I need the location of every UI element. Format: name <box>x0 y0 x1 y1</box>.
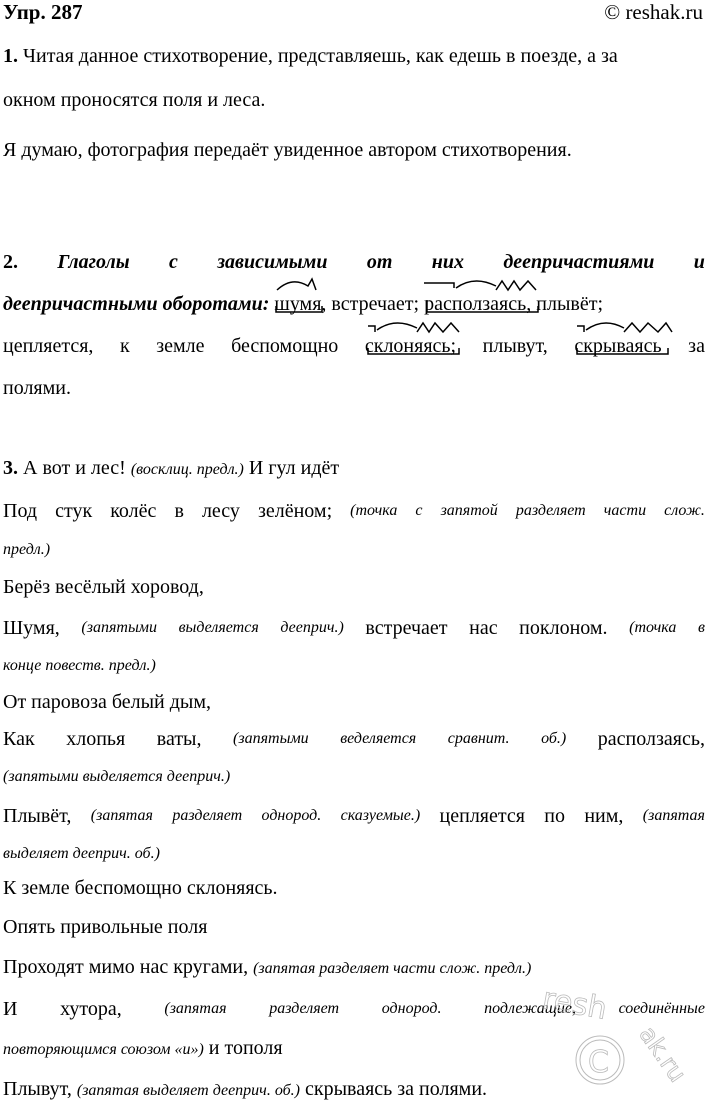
poem-text: цепляется <box>440 804 525 828</box>
punctuation-note: однород. <box>382 997 442 1021</box>
poem-line: выделяет дееприч. об.) <box>3 840 160 866</box>
punctuation-note: (восклиц. предл.) <box>131 461 244 478</box>
poem-line: Шумя,(запятымивыделяетсядееприч.)встреча… <box>3 616 705 640</box>
poem-line: Опять привольные поля <box>3 915 207 939</box>
poem-line: Ихутора,(запятаяразделяетоднород.подлежа… <box>3 997 705 1021</box>
poem-text: скрываясь за полями. <box>305 1078 487 1100</box>
poem-line: К земле беспомощно склоняясь. <box>3 876 278 900</box>
text-fragment: за <box>688 334 705 358</box>
poem-line: Какхлопьяваты,(запятымиведеляетсясравнит… <box>3 727 705 751</box>
poem-text: Проходят мимо нас кругами, <box>3 956 248 978</box>
section2-heading-line: 2. Глаголы с зависимыми от них деепричас… <box>3 250 705 274</box>
heading-word: деепричастиями <box>503 250 654 274</box>
section2-heading-cont: деепричастными оборотами: <box>3 293 269 315</box>
poem-text: Берёз весёлый хоровод, <box>3 576 204 598</box>
poem-line: (запятыми выделяется дееприч.) <box>3 763 230 789</box>
punctuation-note: (запятыми <box>81 616 157 640</box>
poem-line: 3. А вот и лес! (восклиц. предл.) И гул … <box>3 456 339 482</box>
punctuation-note: конце повеств. предл.) <box>3 657 156 674</box>
heading-word: зависимыми <box>217 250 327 274</box>
section1-line1: 1. Читая данное стихотворение, представл… <box>3 44 618 68</box>
punctuation-note: (запятыми <box>233 727 309 751</box>
punctuation-note: в <box>698 616 705 640</box>
poem-text: От паровоза белый дым, <box>3 691 211 713</box>
poem-text: Шумя, <box>3 616 60 640</box>
section2-line3: цепляется, к земле беспомощно склоняясь … <box>3 334 705 358</box>
poem-text: нас <box>469 616 497 640</box>
punctuation-note: (точка <box>350 499 397 523</box>
text-fragment: беспомощно <box>231 334 338 358</box>
gerund-sklonyayas: склоняясь <box>365 334 451 358</box>
section1-line2: окном проносятся поля и леса. <box>3 88 265 112</box>
poem-text: по <box>544 804 565 828</box>
poem-line: От паровоза белый дым, <box>3 690 211 714</box>
poem-text: Как <box>3 727 35 751</box>
gerund-word: скрываясь <box>574 335 661 357</box>
section1-number: 1. <box>3 45 18 67</box>
gerund-word: шумя <box>274 293 321 315</box>
svg-text:C: C <box>588 1045 609 1080</box>
poem-text: поклоном. <box>519 616 607 640</box>
section2-line2: деепричастными оборотами: шумя , встреча… <box>3 292 705 316</box>
poem-text: зелёном; <box>258 499 332 523</box>
punctuation-note: (запятая разделяет части слож. предл.) <box>253 960 531 977</box>
punctuation-note: об.) <box>541 727 566 751</box>
gerund-skryvayas: скрываясь <box>574 334 661 358</box>
section1-line3: Я думаю, фотография передаёт увиденное а… <box>3 138 572 162</box>
poem-line: Берёз весёлый хоровод, <box>3 575 204 599</box>
poem-text: И <box>3 997 17 1021</box>
text-fragment: цепляется, <box>3 334 93 358</box>
section1-text1: Читая данное стихотворение, представляеш… <box>23 45 618 67</box>
section3-number: 3. <box>3 457 18 479</box>
text-fragment: ; <box>451 335 457 357</box>
punctuation-note: подлежащие, <box>484 997 576 1021</box>
punctuation-note: (запятая <box>164 997 226 1021</box>
poem-line: Плывёт,(запятаяразделяетоднород.сказуемы… <box>3 804 705 828</box>
section2-number: 2. <box>3 250 18 274</box>
poem-text: стук <box>55 499 92 523</box>
poem-text: К земле беспомощно склоняясь. <box>3 877 278 899</box>
punctuation-note: (запятыми выделяется дееприч.) <box>3 768 230 785</box>
exercise-title: Упр. 287 <box>3 0 82 24</box>
text-fragment: , плывёт; <box>526 293 603 315</box>
poem-text: колёс <box>110 499 156 523</box>
poem-line: предл.) <box>3 536 50 562</box>
poem-text: и тополя <box>209 1037 283 1059</box>
punctuation-note: части <box>604 499 646 523</box>
poem-text: встречает <box>365 616 447 640</box>
poem-text: в <box>174 499 183 523</box>
punctuation-note: запятой <box>441 499 498 523</box>
gerund-word: склоняясь <box>365 335 451 357</box>
heading-word: от <box>367 250 393 274</box>
punctuation-note: слож. <box>664 499 705 523</box>
poem-text: хутора, <box>60 997 122 1021</box>
punctuation-note: с <box>415 499 422 523</box>
poem-text: Под <box>3 499 37 523</box>
svg-text:ak.ru: ak.ru <box>634 1021 692 1087</box>
gerund-shumya: шумя <box>274 292 321 316</box>
punctuation-note: повторяющимся союзом «и») <box>3 1041 204 1058</box>
punctuation-note: выделяет дееприч. об.) <box>3 845 160 862</box>
poem-line: конце повеств. предл.) <box>3 652 156 678</box>
punctuation-note: разделяет <box>516 499 586 523</box>
punctuation-note: дееприч.) <box>280 616 343 640</box>
punctuation-note: сказуемые.) <box>341 804 421 828</box>
text-fragment: плывут, <box>483 334 548 358</box>
heading-word: и <box>694 250 705 274</box>
poem-text: Плывут, <box>3 1078 72 1100</box>
poem-line: Плывут, (запятая выделяет дееприч. об.) … <box>3 1077 487 1100</box>
heading-word: них <box>432 250 464 274</box>
poem-line: Подстукколёсвлесузелёном;(точкасзапятойр… <box>3 499 705 523</box>
poem-text: Опять привольные поля <box>3 916 207 938</box>
poem-text: расползаясь, <box>598 727 705 751</box>
poem-line: Проходят мимо нас кругами, (запятая разд… <box>3 955 531 981</box>
punctuation-note: (запятая <box>91 804 153 828</box>
heading-word: Глаголы <box>57 250 129 274</box>
poem-text: хлопья <box>66 727 125 751</box>
punctuation-note: разделяет <box>172 804 242 828</box>
punctuation-note: (точка <box>629 616 676 640</box>
punctuation-note: выделяется <box>179 616 259 640</box>
punctuation-note: предл.) <box>3 541 50 558</box>
text-fragment: земле <box>156 334 204 358</box>
punctuation-note: веделяется <box>340 727 416 751</box>
gerund-raspolzayas: расползаясь <box>424 292 526 316</box>
punctuation-note: (запятая выделяет дееприч. об.) <box>77 1082 300 1099</box>
punctuation-note: однород. <box>262 804 322 828</box>
poem-text: ним, <box>584 804 623 828</box>
text-fragment: , встречает; <box>321 293 424 315</box>
punctuation-note: разделяет <box>269 997 339 1021</box>
poem-text: А вот и лес! <box>23 457 126 479</box>
poem-text: И гул идёт <box>249 457 339 479</box>
poem-text: ваты, <box>157 727 202 751</box>
punctuation-note: сравнит. <box>448 727 510 751</box>
site-credit: © reshak.ru <box>604 0 703 24</box>
text-fragment: к <box>120 334 130 358</box>
poem-text: лесу <box>202 499 240 523</box>
punctuation-note: (запятая <box>643 804 705 828</box>
poem-text: Плывёт, <box>3 804 71 828</box>
poem-line: повторяющимся союзом «и») и тополя <box>3 1036 283 1062</box>
punctuation-note: соединённые <box>619 997 705 1021</box>
heading-word: с <box>169 250 178 274</box>
section2-line4: полями. <box>3 376 71 400</box>
gerund-word: расползаясь <box>424 293 526 315</box>
